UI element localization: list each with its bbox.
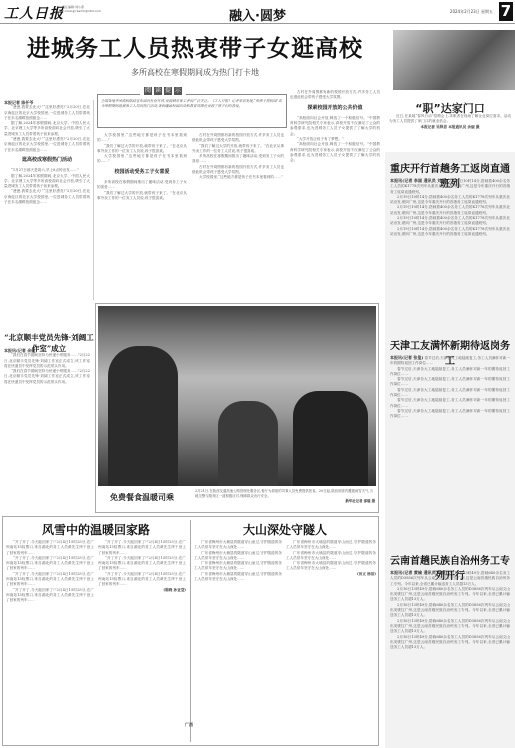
photo-caption: 2月21日,在陕西交通高速公路管理处服务区,餐厅为滞留的司乘人员免费提供热食。2…	[195, 489, 375, 504]
paragraph: “高校面向社会开放,释放了一个积极信号。”中国教育科学研究院相关专家表示,高校开…	[290, 116, 380, 137]
paragraph: 广东省梅州市大埔县的隧道穿山而过,守护隧道的务工人员常年坚守在大山深处……	[194, 540, 282, 551]
main-photo	[98, 306, 376, 486]
paragraph: “开了开了,今天能回家了!”2月4日15时25分,在广州南站15检票口,来自湖北…	[6, 572, 94, 588]
bottom-right-col-1: 广东省梅州市大埔县的隧道穿山而过,守护隧道的务工人员常年坚守在大山深处…… 广东…	[194, 540, 282, 740]
paragraph: 2月19日10时14分,搭载着400余名务工人员的K1778次列车从重庆北站出发…	[390, 195, 510, 206]
story-credit: (田文 杨洁)	[286, 572, 376, 577]
diner-figure	[218, 401, 278, 486]
story-byline: 本报讯(记者 李国 通讯员 刘芳)	[390, 178, 447, 183]
issue-date: 2024年2月23日 星期五	[450, 9, 493, 15]
paragraph: 2月16日13时49分,搭载640余名务工人员的D3856次列车从云南文山出发驶…	[390, 603, 510, 619]
paragraph: 2月16日13时49分,搭载640余名务工人员的D3856次列车从云南文山出发驶…	[390, 587, 510, 603]
paragraph: 春节过后,天津各大工地陆续复工,务工人员满怀对新一年的期待返回工作岗位……	[390, 377, 510, 388]
section-title: 融入·圆梦	[0, 5, 515, 24]
paragraph: 大学校园里,“这些地方都是孩子在书本里看到的……”	[97, 133, 187, 144]
caption-text: 2月21日,在陕西交通高速公路管理处服务区,餐厅为滞留的司乘人员免费提供热食。2…	[195, 489, 373, 498]
paragraph: 2月16日13时49分,搭载640余名务工人员的D3856次列车从云南文山出发驶…	[390, 635, 510, 651]
lead-column-4: 古村在外周围都有新的校园开放方式,许多务工人员也借此机会带孩子感受大学氛围。 探…	[290, 90, 380, 300]
paragraph: “我们了解过大学的开放,就带孩子来了。”在北京从事外卖工作的一位务工人员说,孩子…	[97, 144, 187, 155]
paragraph: “我们了解过大学的开放,就带孩子来了。”在北京从事外卖工作的一位务工人员说,孩子…	[192, 144, 284, 155]
reading-tip-label: 阅 读 提 示	[140, 87, 186, 97]
photo-caption-title: 免费餐食温暖司乘	[110, 492, 200, 503]
tip-char: 读	[154, 87, 162, 95]
paragraph: 据了解,2024年寒假期间,北京大学、中国人民大学、北京理工大学等多所高校面向社…	[4, 121, 90, 137]
paragraph: “开了开了,今天能回家了!”2月4日15时25分,在广州南站15检票口,来自湖北…	[6, 556, 94, 572]
paragraph: “爸爸,我要去北大!”“这里好漂亮!”2月20日,在北京海淀区的北京大学校园里,…	[4, 137, 90, 153]
masthead: 工人日报 责任编辑:刘小燕 E-mail:grrbsmh@163.com 融入·…	[0, 0, 515, 24]
paragraph: 2月19日10时14分,搭载着400余名务工人员的K1778次列车从重庆北站出发…	[390, 205, 510, 216]
paragraph: “开了开了,今天能回家了!”2月4日15时25分,在广州南站15检票口,来自湖北…	[6, 588, 94, 604]
lead-subheadline: 多所高校在寒假期间成为热门打卡地	[20, 67, 370, 78]
paragraph: “开了开了,今天能回家了!”2月4日15时25分,在广州南站15检票口,来自湖北…	[98, 540, 186, 556]
paragraph: “1月27日那天是周六,早上8点钟出发……”	[4, 168, 90, 173]
lead-headline: 进城务工人员热衷带子女逛高校	[20, 30, 370, 63]
paragraph: “爸爸,我要去北大!”“这里好漂亮!”2月20日,在北京海淀区的北京大学校园里,…	[4, 105, 90, 121]
photo-credit: 新华社记者 邵瑞 摄	[195, 499, 375, 504]
bottom-left-col-1: “开了开了,今天能回家了!”2月4日15时25分,在广州南站15检票口,来自湖北…	[6, 540, 94, 740]
paragraph: 春节过后,天津各大工地陆续复工,务工人员满怀对新一年的期待返回工作岗位……	[390, 398, 510, 409]
paragraph: “高校面向社会开放,释放了一个积极信号。”中国教育科学研究院相关专家表示,高校开…	[290, 142, 380, 163]
paragraph: 春节过后,天津各大工地陆续复工,务工人员满怀对新一年的期待返回工作岗位……	[390, 367, 510, 378]
paragraph: 古村在外周围都有新的校园开放方式,许多务工人员也借此机会带孩子感受大学氛围。	[192, 165, 284, 176]
paragraph: “我们了解过大学的开放,就带孩子来了。”在北京从事外卖工作的一位务工人员说,孩子…	[97, 191, 187, 202]
sidebar-photo	[393, 30, 515, 90]
subhead-2: 校园活动受务工子女喜爱	[97, 170, 187, 175]
sidebar-story1-body: 本报讯(记者 李国 通讯员 刘芳) 2月19日10时14分,搭载着400余名务工…	[390, 178, 510, 330]
paragraph: 古村在外周围都有新的校园开放方式,许多务工人员也借此机会带孩子感受大学氛围。	[290, 90, 380, 101]
paragraph: 广东省梅州市大埔县的隧道穿山而过,守护隧道的务工人员常年坚守在大山深处……	[194, 561, 282, 572]
subhead-3: 探索校园开放的公共价值	[290, 106, 380, 111]
paragraph: 古村在外周围都有新的校园开放方式,许多务工人员也借此机会带孩子感受大学氛围。	[192, 133, 284, 144]
reading-tip-text: 全国各地多所高校陆续宣布面向社会开放,受到城市务工者的广泛关注。《工人日报》记者…	[101, 99, 283, 109]
sidebar-story3-body: 本报讯(记者 黄榆 通讯员 马丽) 2月16日13时49分,搭载640余名务工人…	[390, 570, 510, 740]
tip-char: 提	[164, 87, 172, 95]
diner-figure	[293, 391, 368, 486]
paragraph: 多所高校在寒假期间推出了趣味活动,受到务工子女的喜爱……	[192, 154, 284, 165]
paragraph: 春节过后,天津各大工地陆续复工,务工人员满怀对新一年的期待返回工作岗位……	[390, 409, 510, 420]
sidebar-story2-body: 本报讯(记者 张玺) 春节过后,天津各大工地陆续复工,务工人员满怀对新一年的期待…	[390, 355, 510, 485]
paragraph: 春节过后,天津各大工地陆续复工,务工人员满怀对新一年的期待返回工作岗位……	[390, 388, 510, 399]
paragraph: “爸爸,我要去北大!”“这里好漂亮!”2月20日,在北京海淀区的北京大学校园里,…	[4, 189, 90, 205]
paragraph: 2月16日13时49分,搭载640余名务工人员的D3856次列车从云南文山出发驶…	[390, 619, 510, 635]
lead-column-1: 本报记者 陈仟爷 “爸爸,我要去北大!”“这里好漂亮!”2月20日,在北京海淀区…	[4, 100, 90, 310]
bottom-left-headline: 风雪中的温暖回家路	[6, 521, 186, 538]
lead-column-2: 大学校园里,“这些地方都是孩子在书本里看到的……” “我们了解过大学的开放,就带…	[97, 133, 187, 298]
paragraph: 大学校园里,“这些地方都是孩子在书本里看到的……”	[97, 154, 187, 165]
column-divider	[93, 100, 94, 300]
paragraph: 广东省梅州市大埔县的隧道穿山而过,守护隧道的务工人员常年坚守在大山深处……	[194, 551, 282, 562]
column-divider	[190, 520, 191, 742]
story-byline: 本报讯(记者 黄榆 通讯员 马丽)	[390, 570, 447, 575]
paragraph: 多所高校在寒假期间推出了趣味活动,受到务工子女的喜爱……	[97, 180, 187, 191]
page-number: 7	[499, 2, 513, 21]
paragraph: 广东省梅州市大埔县的隧道穿山而过,守护隧道的务工人员常年坚守在大山深处……	[286, 551, 376, 562]
police-officer-figure	[108, 346, 178, 486]
region-label: 广西	[185, 722, 193, 727]
lead-column-3: 古村在外周围都有新的校园开放方式,许多务工人员也借此机会带孩子感受大学氛围。 “…	[192, 133, 284, 298]
sidebar-photo-caption: 近日,在某地“春风行动”招聘会上,求职者在现场了解企业岗位需求。活动为务工人员提…	[389, 114, 511, 150]
bottom-right-headline: 大山深处守隧人	[194, 521, 376, 538]
paragraph: 大学校园里,“这些地方都是孩子在书本里看到的……”	[192, 175, 284, 180]
paragraph: 2月19日10时14分,搭载着400余名务工人员的K1778次列车从重庆北站出发…	[390, 216, 510, 227]
story-credit: (陈晓 孙亚莹)	[98, 588, 186, 593]
paragraph: 广东省梅州市大埔县的隧道穿山而过,守护隧道的务工人员常年坚守在大山深处……	[286, 540, 376, 551]
paragraph: “开了开了,今天能回家了!”2月4日15时25分,在广州南站15检票口,来自湖北…	[6, 540, 94, 556]
tip-char: 阅	[144, 87, 152, 95]
paragraph: 据了解,2024年寒假期间,北京大学、中国人民大学、北京理工大学等多所高校面向社…	[4, 174, 90, 190]
paragraph: “开了开了,今天能回家了!”2月4日15时25分,在广州南站15检票口,来自湖北…	[98, 556, 186, 572]
paragraph: “我们在春节期间坚持为快递小哥服务……”2月22日,北京顺丰党员先锋·刘阔工作室…	[4, 353, 90, 369]
photo-credit: 本报记者 吴铎思 本报通讯员 余丽 摄	[389, 125, 511, 130]
bottom-right-col-2: 广东省梅州市大埔县的隧道穿山而过,守护隧道的务工人员常年坚守在大山深处…… 广东…	[286, 540, 376, 740]
tip-char: 示	[174, 87, 182, 95]
story-byline: 本报讯(记者 张玺)	[390, 355, 423, 360]
caption-text: 近日,在某地“春风行动”招聘会上,求职者在现场了解企业岗位需求。活动为务工人员提…	[389, 114, 511, 125]
paragraph: 广东省梅州市大埔县的隧道穿山而过,守护隧道的务工人员常年坚守在大山深处……	[194, 572, 282, 583]
paragraph: 广东省梅州市大埔县的隧道穿山而过,守护隧道的务工人员常年坚守在大山深处……	[286, 561, 376, 572]
paragraph: “开了开了,今天能回家了!”2月4日15时25分,在广州南站15检票口,来自湖北…	[98, 572, 186, 588]
paragraph: 2月19日10时14分,搭载着400余名务工人员的K1778次列车从重庆北站出发…	[390, 227, 510, 238]
subhead-1: 逛高校成寒假热门活动	[4, 158, 90, 163]
bottom-left-col-2: “开了开了,今天能回家了!”2月4日15时25分,在广州南站15检票口,来自湖北…	[98, 540, 186, 740]
paragraph: “我们在春节期间坚持为快递小哥服务……”2月22日,北京顺丰党员先锋·刘阔工作室…	[4, 369, 90, 385]
brief-news-body: 本报讯(记者 余健) “我们在春节期间坚持为快递小哥服务……”2月22日,北京顺…	[4, 348, 90, 498]
